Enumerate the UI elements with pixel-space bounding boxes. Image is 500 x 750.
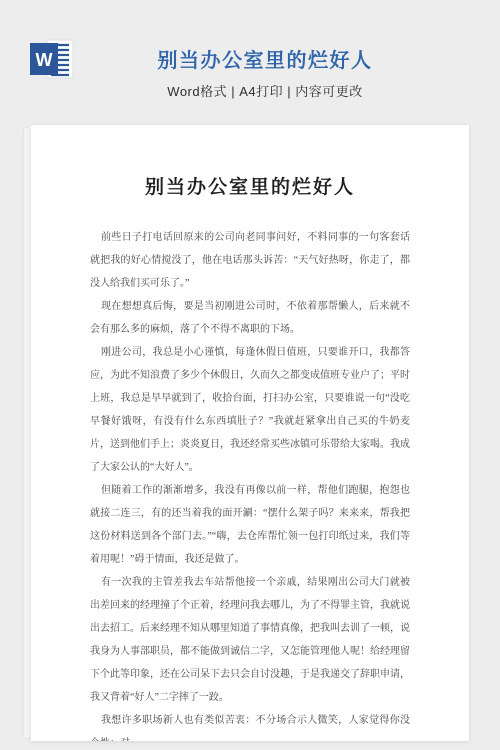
paragraph: 有一次我的主管差我去车站帮他接一个亲戚，结果刚出公司大门就被出差回来的经理撞了个… [90,571,410,709]
paragraph: 但随着工作的渐渐增多，我没有再像以前一样，帮他们跑腿，抱怨也就接二连三，有的还当… [90,479,410,571]
document-title: 别当办公室里的烂好人 [31,175,469,201]
paragraph: 前些日子打电话回原来的公司向老同事问好，不料同事的一句客套话就把我的好心情搅没了… [90,226,410,295]
header-text-block: 别当办公室里的烂好人 Word格式 | A4打印 | 内容可更改 [0,0,500,100]
document-page: 别当办公室里的烂好人 前些日子打电话回原来的公司向老同事问好，不料同事的一句客套… [31,125,469,741]
app-background: { "header": { "title": "别当办公室里的烂好人", "su… [0,0,500,750]
document-body: 前些日子打电话回原来的公司向老同事问好，不料同事的一句客套话就把我的好心情搅没了… [31,226,469,741]
preview-header: W 别当办公室里的烂好人 Word格式 | A4打印 | 内容可更改 [0,0,500,125]
paragraph: 刚进公司，我总是小心谨慎，每逢休假日值班，只要谁开口，我都答应，为此不知浪费了多… [90,341,410,479]
header-title: 别当办公室里的烂好人 [30,44,500,73]
paragraph: 现在想想真后悔，要是当初刚进公司时，不依着那帮懒人，后来就不会有那么多的麻烦，落… [90,295,410,341]
header-subtitle: Word格式 | A4打印 | 内容可更改 [30,81,500,100]
paragraph: 我想许多职场新人也有类似苦衷：不分场合示人微笑，人家觉得你没个性；对 [90,709,410,741]
